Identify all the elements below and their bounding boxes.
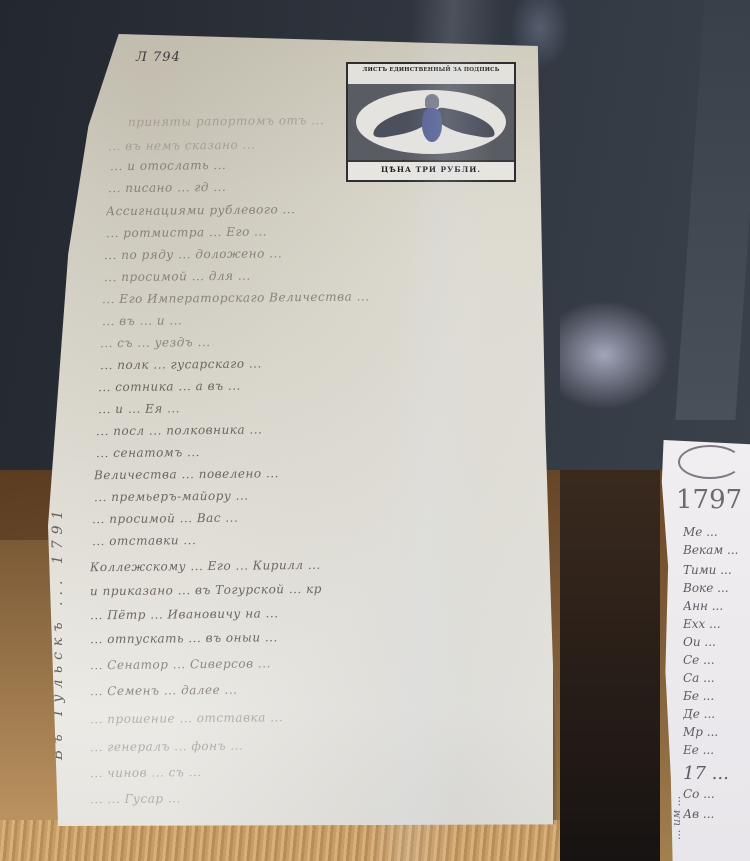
handwriting-line: Воке ... xyxy=(683,581,750,595)
handwriting-line: Ее ... xyxy=(683,743,750,757)
handwriting-line: ... въ немъ сказано ... xyxy=(108,137,338,153)
handwriting-line: Са ... xyxy=(683,671,750,685)
handwriting-line: Де ... xyxy=(683,707,750,721)
handwriting-line: Ои ... xyxy=(683,635,750,649)
stamp-oval xyxy=(356,90,506,154)
handwriting-line: Мр ... xyxy=(683,725,750,739)
handwriting-line: ... писано ... гд ... xyxy=(108,179,338,195)
handwriting-line: ... и отослать ... xyxy=(110,157,340,173)
second-document-margin-note: ... им ... xyxy=(670,700,686,840)
handwriting-line: Векам ... xyxy=(683,543,750,557)
handwriting-line: Со ... xyxy=(683,787,750,801)
handwriting-line: приняты рапортомъ отъ ... xyxy=(128,113,348,129)
eagle-body-icon xyxy=(422,108,442,142)
display-floor-wood-texture xyxy=(0,820,560,861)
handwriting-line: Се ... xyxy=(683,653,750,667)
historical-document: Л 794 ЛИСТЪ ЕДИНСТВЕННЫЙ ЗА ПОДПИСЬ ЦѢНА… xyxy=(48,30,553,830)
second-document-year: 1797 xyxy=(676,485,742,515)
handwriting-line: Бе ... xyxy=(683,689,750,703)
archive-number: Л 794 xyxy=(136,50,181,65)
handwriting-line: Тими ... xyxy=(683,563,750,577)
handwriting-line: 17 ... xyxy=(683,763,750,784)
handwriting-line: Ме ... xyxy=(683,525,750,539)
glass-reflection-light xyxy=(560,300,670,410)
calligraphic-flourish-icon xyxy=(678,445,742,479)
eagle-right-wing-icon xyxy=(435,107,498,139)
handwriting-line: Анн ... xyxy=(683,599,750,613)
display-shadow-gap xyxy=(560,470,660,861)
crown-icon xyxy=(425,94,439,108)
handwriting-line: Ав ... xyxy=(683,807,750,821)
museum-display-scene: Л 794 ЛИСТЪ ЕДИНСТВЕННЫЙ ЗА ПОДПИСЬ ЦѢНА… xyxy=(0,0,750,861)
handwriting-line: Ехх ... xyxy=(683,617,750,631)
stamp-price-text: ЦѢНА ТРИ РУБЛИ. xyxy=(348,160,514,180)
stamp-emblem-area xyxy=(348,84,514,162)
stamp-paper-emblem: ЛИСТЪ ЕДИНСТВЕННЫЙ ЗА ПОДПИСЬ ЦѢНА ТРИ Р… xyxy=(346,62,516,182)
